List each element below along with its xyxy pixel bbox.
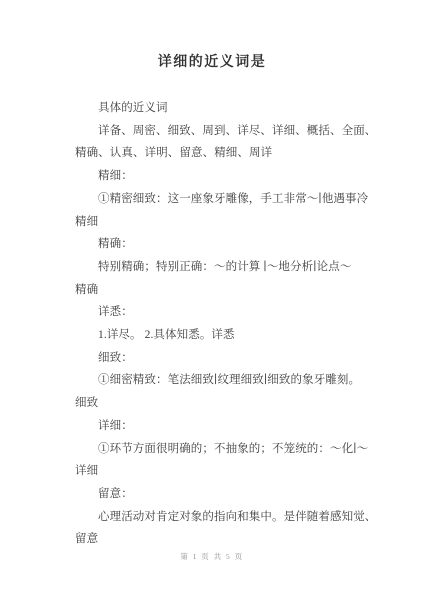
page-number: 第 1 页 共 5 页 (0, 551, 424, 562)
doc-line: 留意： (75, 483, 373, 506)
doc-line: 留意 (75, 528, 373, 551)
page-title: 详细的近义词是 (0, 0, 424, 73)
doc-line: 细致： (75, 347, 373, 370)
doc-line: 精细： (75, 165, 373, 188)
doc-line: 详细： (75, 415, 373, 438)
doc-line: 详备、周密、细致、周到、详尽、详细、概括、全面、 (75, 120, 373, 143)
doc-line: 心理活动对肯定对象的指向和集中。是伴随着感知觉、 (75, 506, 373, 529)
doc-line: 特别精确；特别正确：～的计算 ∣～地分析∣论点～ (75, 256, 373, 279)
doc-line: 细致 (75, 392, 373, 415)
doc-line: ①细密精致：笔法细致∣纹理细致∣细致的象牙雕刻。 (75, 369, 373, 392)
doc-line: 精确 (75, 279, 373, 302)
doc-line: 精确： (75, 233, 373, 256)
doc-line: 详细 (75, 460, 373, 483)
doc-line: 具体的近义词 (75, 97, 373, 120)
doc-line: ①环节方面很明确的；不抽象的；不笼统的：～化∣～ (75, 438, 373, 461)
doc-line: 1.详尽。 2.具体知悉。详悉 (75, 324, 373, 347)
doc-line: 精确、认真、详明、留意、精细、周详 (75, 142, 373, 165)
document-page: 详细的近义词是 具体的近义词 详备、周密、细致、周到、详尽、详细、概括、全面、 … (0, 0, 424, 600)
doc-line: 精细 (75, 211, 373, 234)
doc-line: 详悉： (75, 301, 373, 324)
doc-line: ①精密细致：这一座象牙雕像，手工非常～∣他遇事冷 (75, 188, 373, 211)
document-body: 具体的近义词 详备、周密、细致、周到、详尽、详细、概括、全面、 精确、认真、详明… (75, 97, 373, 551)
